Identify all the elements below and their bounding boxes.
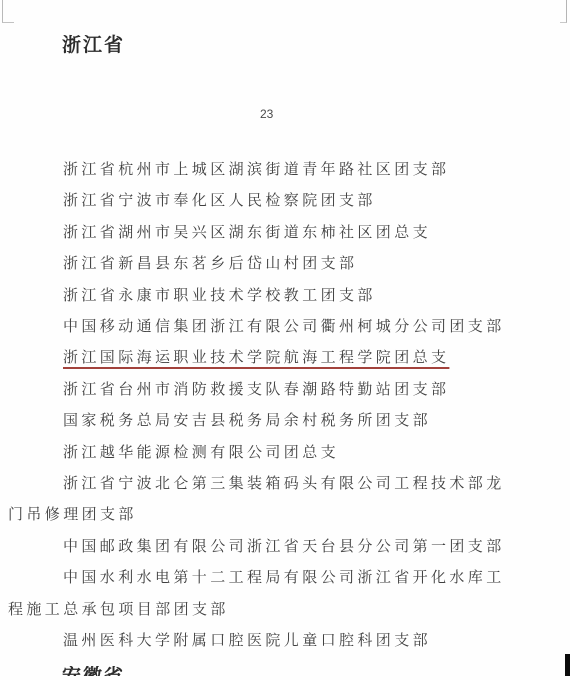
- list-item: 浙江省新昌县东茗乡后岱山村团支部: [8, 249, 513, 280]
- list-item: 浙江省宁波市奉化区人民检察院团支部: [8, 186, 513, 217]
- list-item: 浙江省湖州市吴兴区湖东街道东柿社区团总支: [8, 218, 513, 249]
- scan-artifact-black-bar: [565, 654, 570, 676]
- list-item: 浙江省永康市职业技术学校教工团支部: [8, 281, 513, 312]
- list-item: 中国移动通信集团浙江有限公司衢州柯城分公司团支部: [8, 312, 513, 343]
- list-item: 浙江省杭州市上城区湖滨街道青年路社区团支部: [8, 155, 513, 186]
- list-item-underlined: 浙江国际海运职业技术学院航海工程学院团总支: [8, 343, 513, 374]
- document-page: 浙江省 23 浙江省杭州市上城区湖滨街道青年路社区团支部 浙江省宁波市奉化区人民…: [0, 0, 570, 680]
- list-item: 浙江省宁波北仑第三集装箱码头有限公司工程技术部龙门吊修理团支部: [8, 469, 513, 532]
- list-item: 浙江越华能源检测有限公司团总支: [8, 438, 513, 469]
- branch-list: 浙江省杭州市上城区湖滨街道青年路社区团支部 浙江省宁波市奉化区人民检察院团支部 …: [8, 155, 513, 658]
- section-heading-anhui: 安徽省: [62, 666, 182, 676]
- section-heading-next-clipped: 安徽省: [62, 666, 182, 676]
- page-number: 23: [260, 107, 273, 121]
- list-item: 温州医科大学附属口腔医院儿童口腔科团支部: [8, 626, 513, 657]
- page-edge-mark-top-left: [2, 0, 14, 23]
- page-edge-mark-top-right: [560, 0, 567, 23]
- list-item: 国家税务总局安吉县税务局余村税务所团支部: [8, 406, 513, 437]
- list-item: 中国水利水电第十二工程局有限公司浙江省开化水库工程施工总承包项目部团支部: [8, 563, 513, 626]
- section-heading-zhejiang: 浙江省: [62, 30, 125, 57]
- list-item: 中国邮政集团有限公司浙江省天台县分公司第一团支部: [8, 532, 513, 563]
- list-item: 浙江省台州市消防救援支队春潮路特勤站团支部: [8, 375, 513, 406]
